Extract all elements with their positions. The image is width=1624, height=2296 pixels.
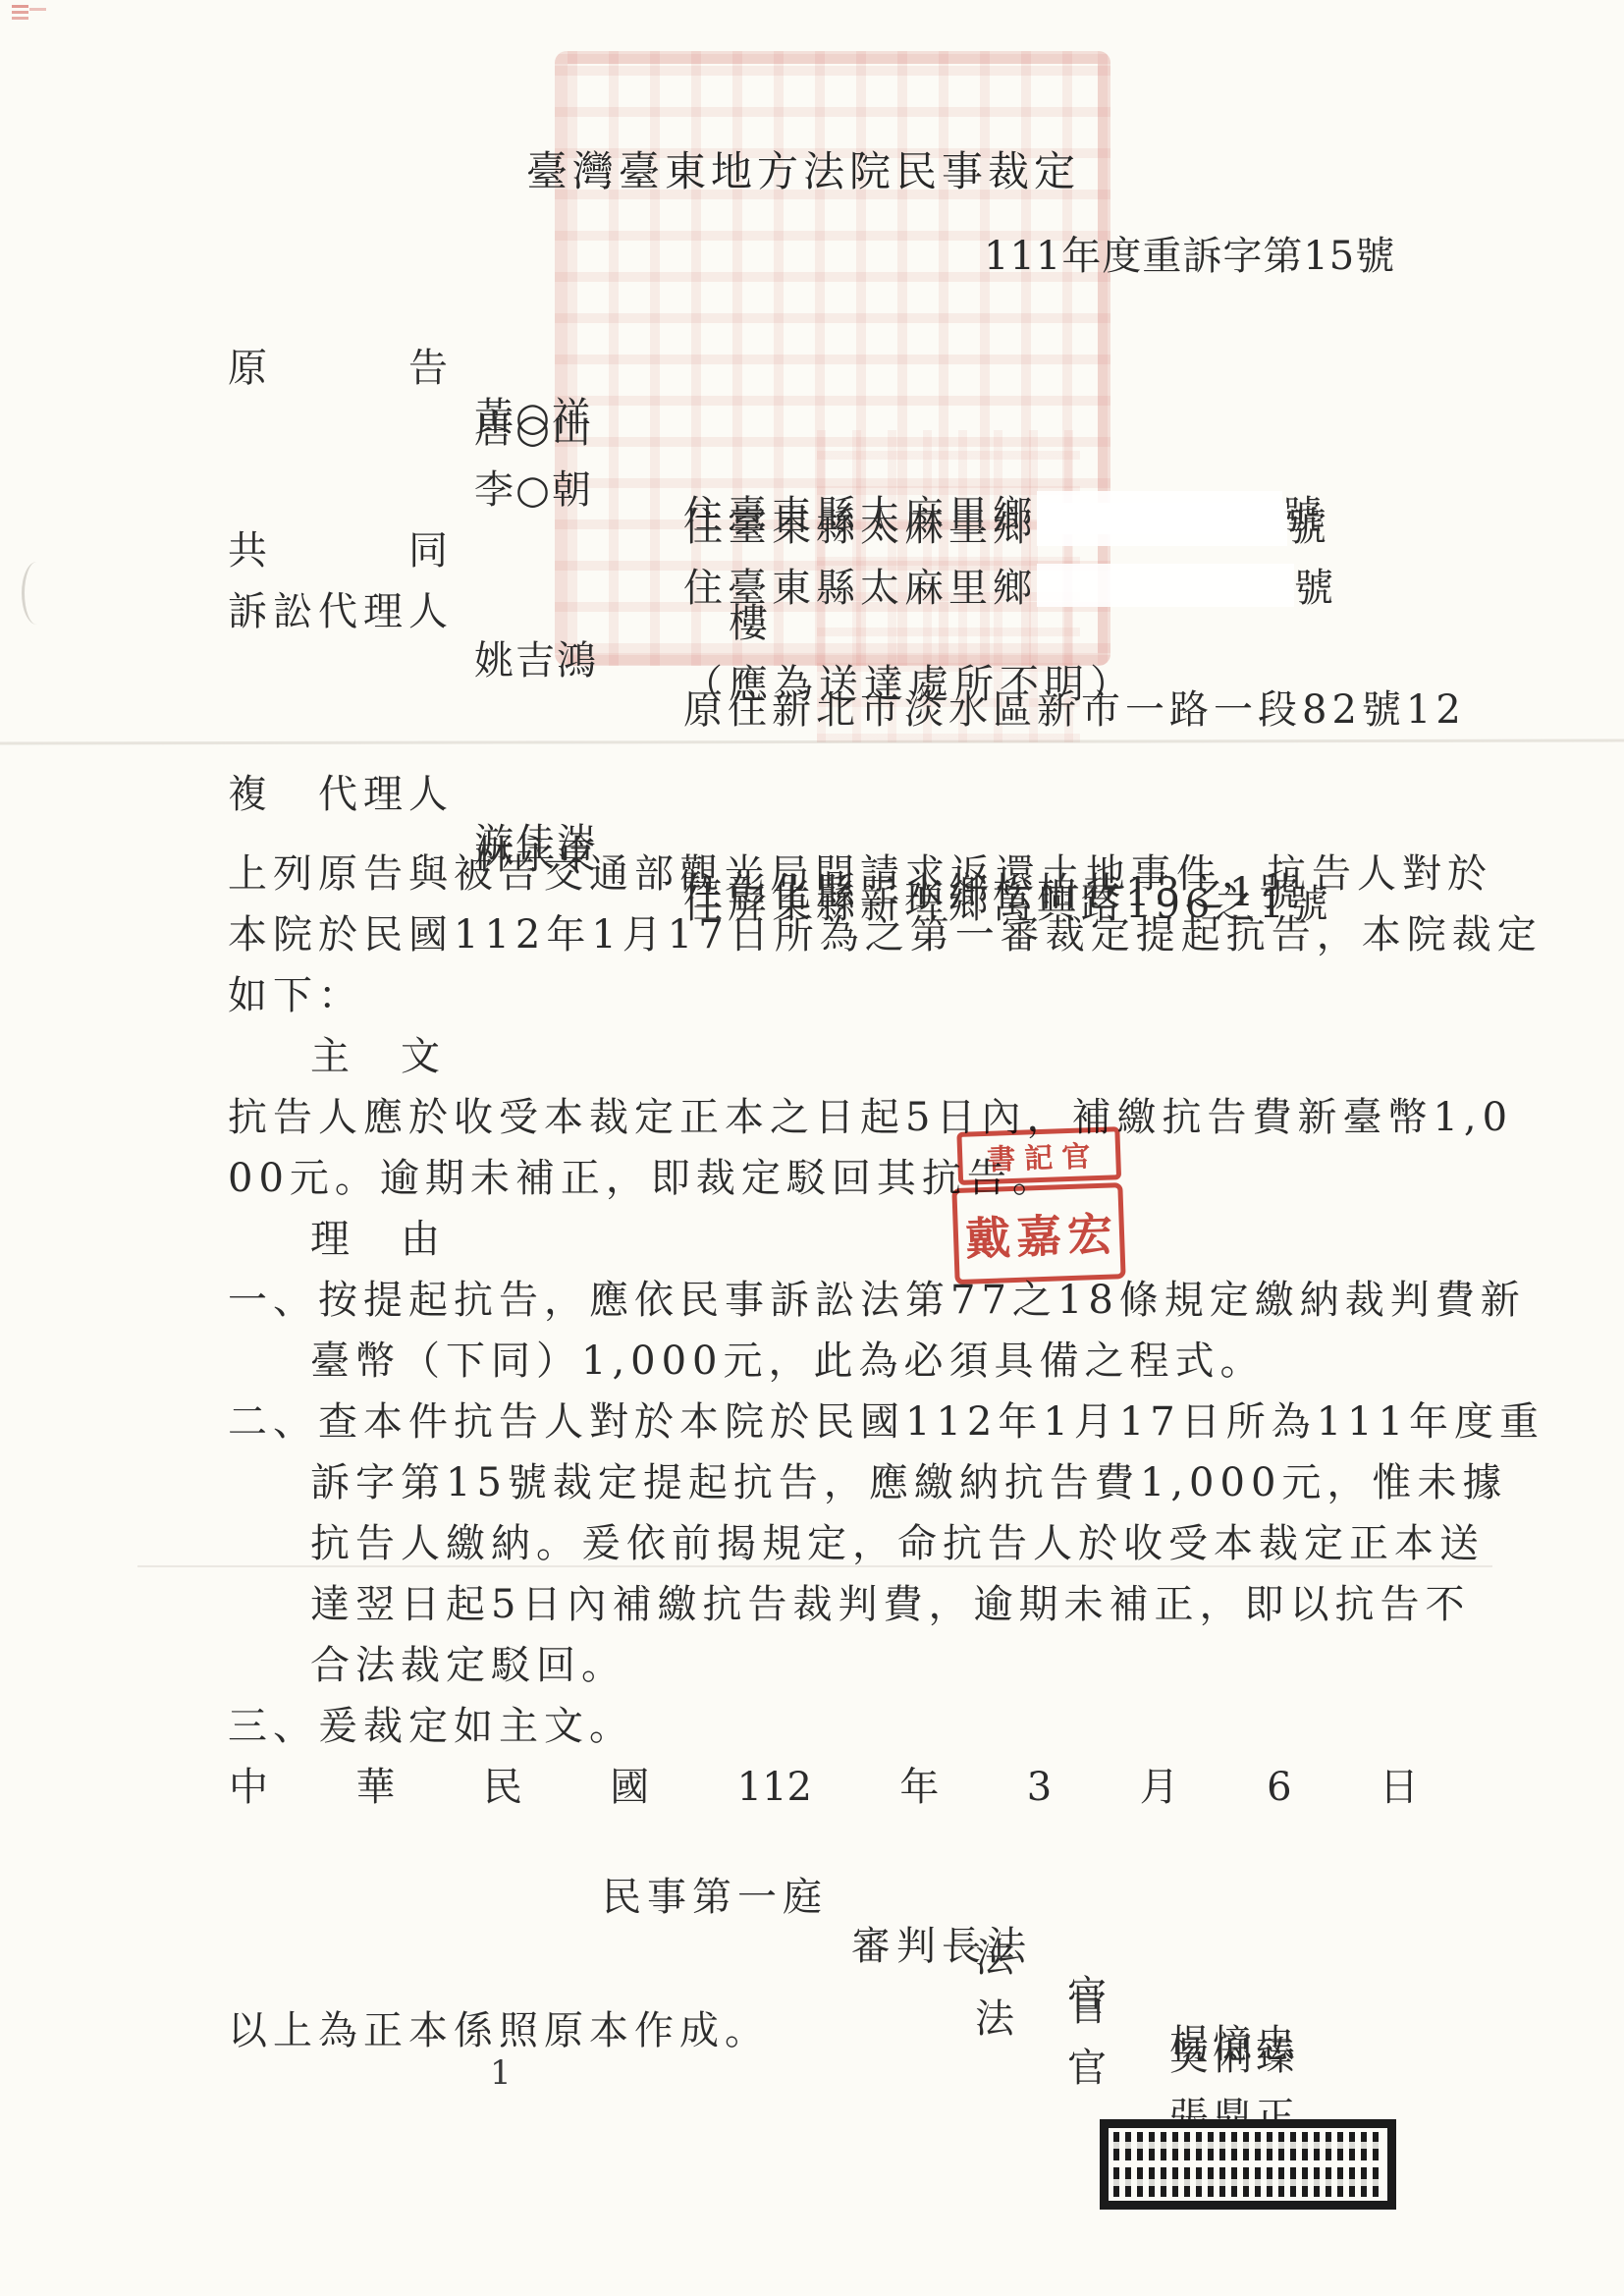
date-token: 華 (355, 1763, 395, 1812)
intro-line: 如下： (228, 971, 363, 1020)
signature-line: 法 官 吳俐臻 (0, 1885, 1624, 1936)
clerk-stamp: 書記官 戴嘉宏 (956, 1126, 1125, 1285)
party-row: 原 告 黃○祥 住臺東縣太麻里鄉號 (228, 295, 1504, 346)
party-row: 訴訟代理人 姚吉鴻 原住新北市淡水區新市一路一段82號12 (228, 538, 1504, 589)
date-token: 年 (899, 1763, 939, 1812)
reason-line: 抗告人繳納。爰依前揭規定，命抗告人於收受本裁定正本送 (310, 1519, 1485, 1568)
main-text-heading: 主 文 (310, 1032, 446, 1081)
party-row: 李○朝 住臺東縣太麻里鄉號 (228, 416, 1504, 467)
clerk-stamp-title: 書記官 (956, 1126, 1121, 1185)
party-row: 林永東 住屏東縣新埤鄉萬興路196之1號 (228, 782, 1504, 833)
reason-line: 一、按提起抗告，應依民事訴訟法第77之18條規定繳納裁判費新 (228, 1276, 1526, 1325)
party-address-note: （應為送達處所不明） (683, 660, 1135, 709)
party-row: 唐○山 住臺東縣太麻里鄉號 (228, 355, 1504, 407)
party-role-label: 訴訟代理人 (228, 587, 454, 636)
party-row: 複 代理人 游佳涔 住彰化縣二水鄉松柏巷13之1號 (228, 721, 1504, 772)
signature-line: 民事第一庭 審判長法 官 楊憶忠 (0, 1824, 1624, 1875)
scan-artifact-mark (22, 562, 52, 625)
registrar-seal (1100, 2119, 1396, 2210)
date-token: 月 (1140, 1763, 1179, 1812)
judge-title-suffix: 官 (1067, 2044, 1112, 2093)
scan-artifact-mark (12, 5, 28, 8)
reason-line: 臺幣（下同）1,000元，此為必須具備之程式。 (310, 1337, 1266, 1386)
judge-title: 法 (975, 1995, 1020, 2044)
date-token: 日 (1380, 1763, 1419, 1812)
main-text-line: 抗告人應於收受本裁定正本之日起5日內，補繳抗告費新臺幣1,0 (228, 1093, 1513, 1142)
date-token: 中 (229, 1763, 268, 1812)
reason-heading: 理 由 (310, 1215, 446, 1264)
reason-line: 達翌日起5日內補繳抗告裁判費，逾期未補正，即以抗告不 (310, 1580, 1470, 1629)
reason-line: 二、查本件抗告人對於本院於民國112年1月17日所為111年度重 (228, 1397, 1544, 1447)
court-title: 臺灣臺東地方法院民事裁定 (526, 147, 1080, 196)
reason-line: 三、爰裁定如主文。 (228, 1702, 634, 1751)
party-address-continuation: 樓 (729, 599, 774, 648)
judge-name: 吳俐臻 (1169, 2032, 1299, 2081)
date-token: 6 (1267, 1763, 1291, 1812)
date-token: 3 (1027, 1763, 1052, 1812)
clerk-stamp-name: 戴嘉宏 (951, 1182, 1125, 1285)
court-ruling-page: 臺灣臺東地方法院民事裁定 111年度重訴字第15號 原 告 黃○祥 住臺東縣太麻… (0, 0, 1624, 2296)
party-row: 共 同 (228, 477, 1504, 528)
page-number: 1 (490, 2049, 512, 2098)
reason-line: 合法裁定駁回。 (310, 1641, 626, 1690)
main-text-line: 00元。逾期未補正，即裁定駁回其抗告。 (228, 1154, 1057, 1203)
intro-line: 本院於民國112年1月17日所為之第一審裁定提起抗告，本院裁定 (228, 910, 1543, 959)
party-name: 姚吉鴻 (474, 636, 598, 685)
date-line: 中 華 民 國 112 年 3 月 6 日 (229, 1763, 1419, 1812)
case-number: 111年度重訴字第15號 (984, 232, 1395, 281)
date-token: 112 (737, 1763, 812, 1812)
date-token: 國 (610, 1763, 649, 1812)
date-token: 民 (483, 1763, 522, 1812)
signature-line: 法 官 張鼎正 (0, 1945, 1624, 1996)
intro-line: 上列原告與被告交通部觀光局間請求返還土地事件，抗告人對於 (228, 849, 1492, 899)
reason-line: 訴字第15號裁定提起抗告，應繳納抗告費1,000元，惟未據 (310, 1458, 1507, 1507)
